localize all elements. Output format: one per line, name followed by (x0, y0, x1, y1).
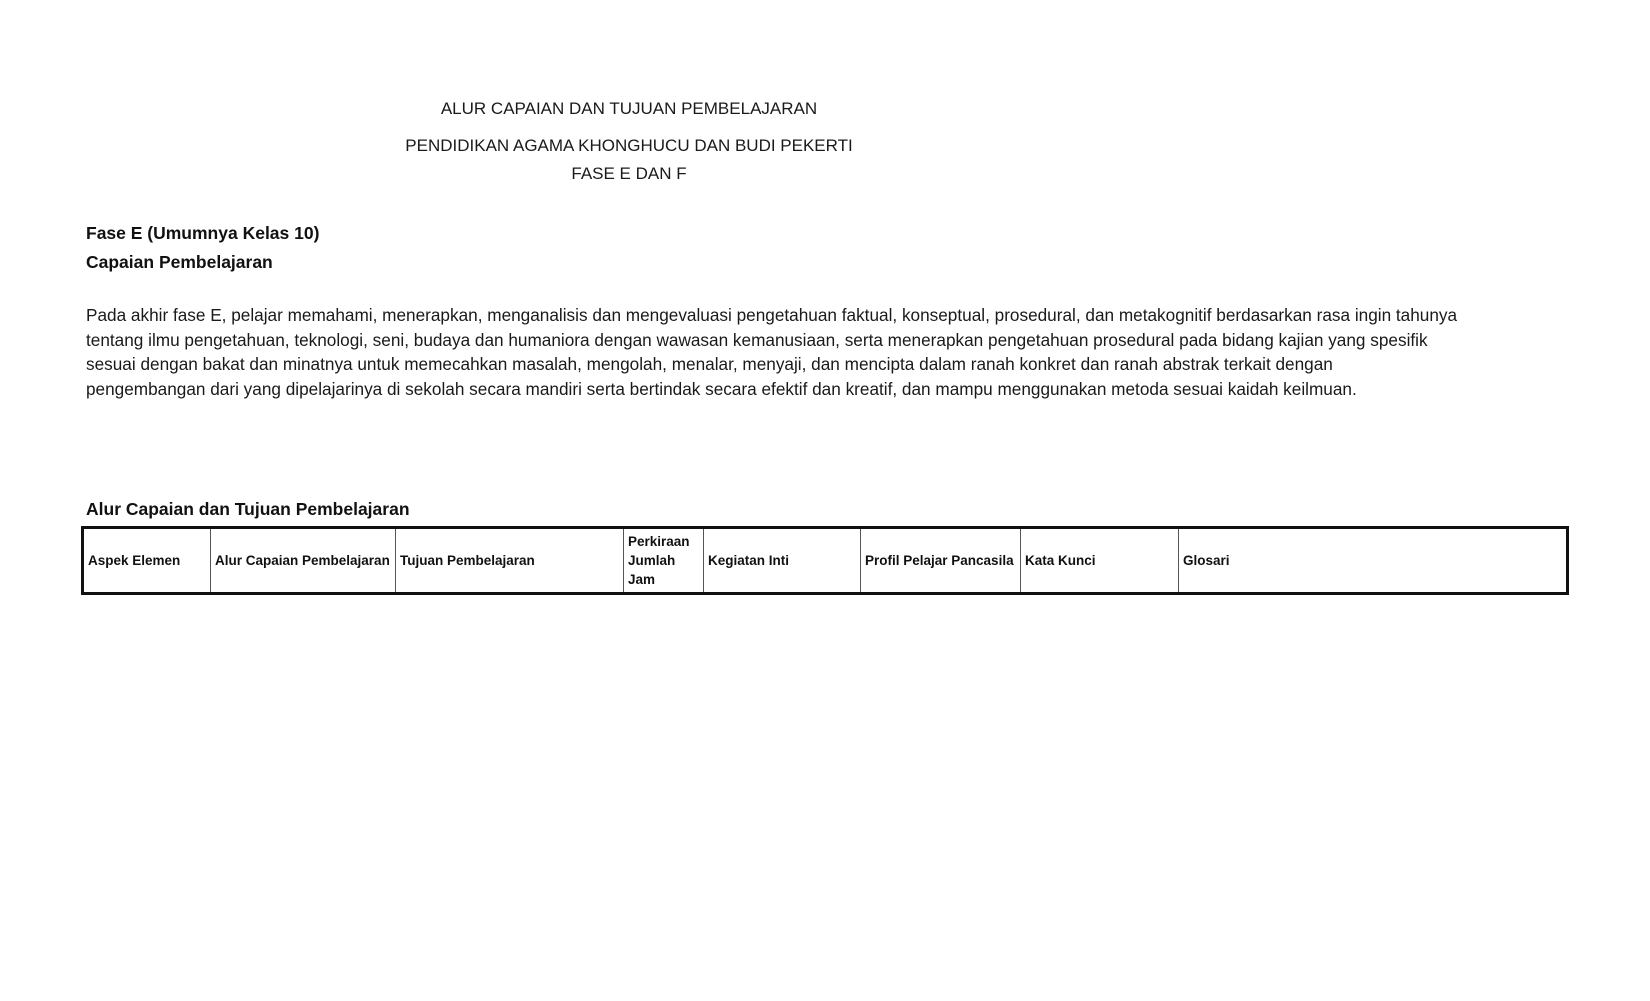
capaian-paragraph: Pada akhir fase E, pelajar memahami, men… (86, 303, 1566, 401)
column-header-jumlah-jam: Perkiraan Jumlah Jam (624, 528, 704, 594)
column-header-profil-pancasila: Profil Pelajar Pancasila (861, 528, 1021, 594)
document-title: ALUR CAPAIAN DAN TUJUAN PEMBELAJARAN (0, 99, 1258, 119)
paragraph-line: Pada akhir fase E, pelajar memahami, men… (86, 303, 1566, 328)
document-phase: FASE E DAN F (0, 164, 1258, 184)
column-header-kata-kunci: Kata Kunci (1021, 528, 1179, 594)
flow-table: Aspek Elemen Alur Capaian Pembelajaran T… (81, 526, 1569, 595)
column-header-kegiatan-inti: Kegiatan Inti (704, 528, 861, 594)
column-header-tujuan: Tujuan Pembelajaran (396, 528, 624, 594)
paragraph-line: pengembangan dari yang dipelajarinya di … (86, 377, 1566, 402)
table-header-row: Aspek Elemen Alur Capaian Pembelajaran T… (83, 528, 1568, 594)
capaian-heading: Capaian Pembelajaran (86, 252, 273, 272)
paragraph-line: tentang ilmu pengetahuan, teknologi, sen… (86, 328, 1566, 353)
flow-heading: Alur Capaian dan Tujuan Pembelajaran (86, 499, 410, 519)
column-header-alur-capaian: Alur Capaian Pembelajaran (211, 528, 396, 594)
column-header-glosari: Glosari (1179, 528, 1568, 594)
phase-heading: Fase E (Umumnya Kelas 10) (86, 223, 319, 243)
paragraph-line: sesuai dengan bakat dan minatnya untuk m… (86, 352, 1566, 377)
document-subject: PENDIDIKAN AGAMA KHONGHUCU DAN BUDI PEKE… (0, 136, 1258, 156)
column-header-aspek-elemen: Aspek Elemen (83, 528, 211, 594)
